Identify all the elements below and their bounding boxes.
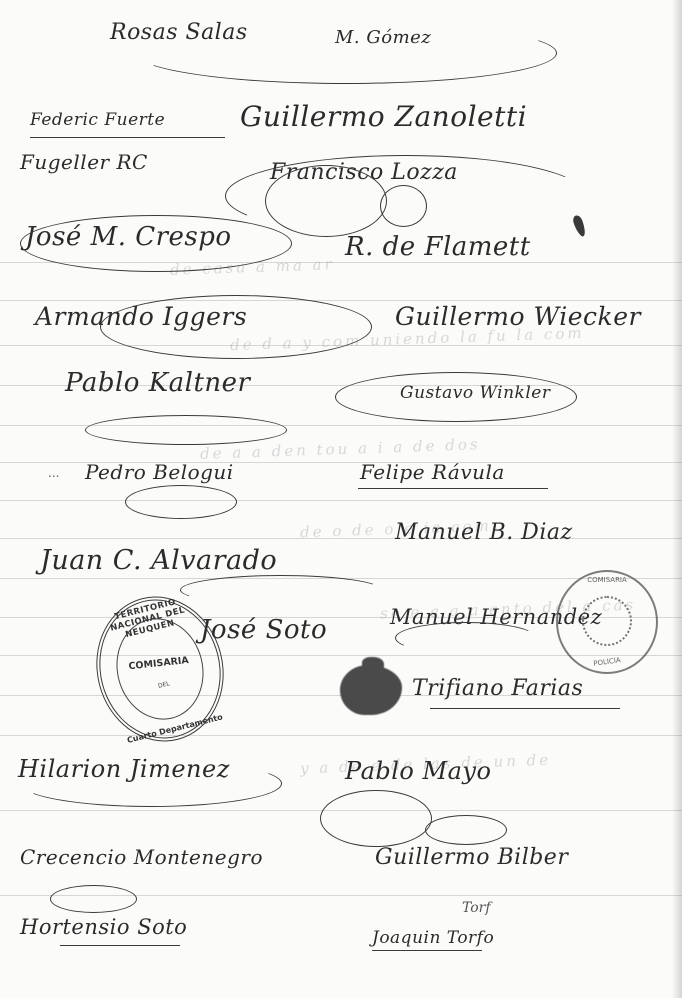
signature-underline [60, 945, 180, 946]
signature-guillermo-bilber: Guillermo Bilber [375, 845, 568, 870]
police-seal-oval: TERRITORIO NACIONAL DEL NEUQUEN COMISARI… [81, 583, 239, 755]
signature-flourish [85, 415, 287, 445]
document-page: de casa a ma ar de d a y com uniendo la … [0, 0, 682, 998]
police-seal-round: COMISARIA POLICIA [556, 570, 658, 674]
signature-crecencio-montenegro: Crecencio Montenegro [20, 845, 263, 869]
signature-fugeller: Fugeller RC [20, 150, 148, 174]
signature-r-de-flament: R. de Flamett [345, 232, 531, 262]
signature-underline [358, 488, 548, 489]
margin-note-torf: Torf [462, 900, 491, 916]
signature-flourish [50, 885, 137, 913]
signature-flourish [180, 575, 382, 605]
signature-federico-fuerte: Federic Fuerte [30, 110, 165, 130]
signature-flourish [20, 760, 282, 807]
thumbprint-ink-blot [340, 665, 402, 715]
signature-flourish [135, 22, 557, 84]
signature-pedro-belloqui: Pedro Belogui [85, 460, 234, 484]
ruled-line [0, 300, 682, 301]
margin-leader-dots: ... [48, 466, 59, 480]
signature-guillermo-wiecker: Guillermo Wiecker [395, 302, 641, 331]
signature-flourish [225, 155, 587, 237]
signature-pablo-kaltner: Pablo Kaltner [65, 368, 250, 398]
signature-flourish [20, 215, 292, 272]
seal-top-text: COMISARIA [558, 576, 656, 584]
signature-hortensio-soto: Hortensio Soto [20, 915, 187, 939]
signature-flourish [100, 295, 372, 359]
ruled-line [0, 735, 682, 736]
scan-edge-shadow [672, 0, 682, 998]
seal-emblem [582, 596, 632, 646]
signature-pablo-mayo: Pablo Mayo [345, 757, 491, 785]
ruled-line [0, 500, 682, 501]
signature-underline [430, 708, 620, 709]
ink-drop [572, 214, 588, 238]
seal-bottom-text: POLICIA [558, 651, 656, 673]
signature-flourish [425, 815, 507, 845]
signature-flourish [125, 485, 237, 519]
signature-trifiano-farias: Trifiano Farias [412, 676, 583, 701]
signature-jose-soto: José Soto [200, 615, 327, 645]
signature-flourish [335, 372, 577, 422]
signature-flourish [395, 622, 537, 654]
signature-underline [372, 950, 482, 951]
signature-juan-alvarado: Juan C. Alvarado [40, 545, 277, 576]
signature-joaquin-torfo: Joaquin Torfo [372, 928, 494, 948]
signature-flourish [320, 790, 432, 847]
signature-felipe-ravula: Felipe Rávula [360, 460, 505, 484]
signature-underline [30, 137, 225, 138]
signature-manuel-diaz: Manuel B. Diaz [395, 520, 573, 545]
signature-guillermo-zanoletti: Guillermo Zanoletti [240, 100, 527, 133]
